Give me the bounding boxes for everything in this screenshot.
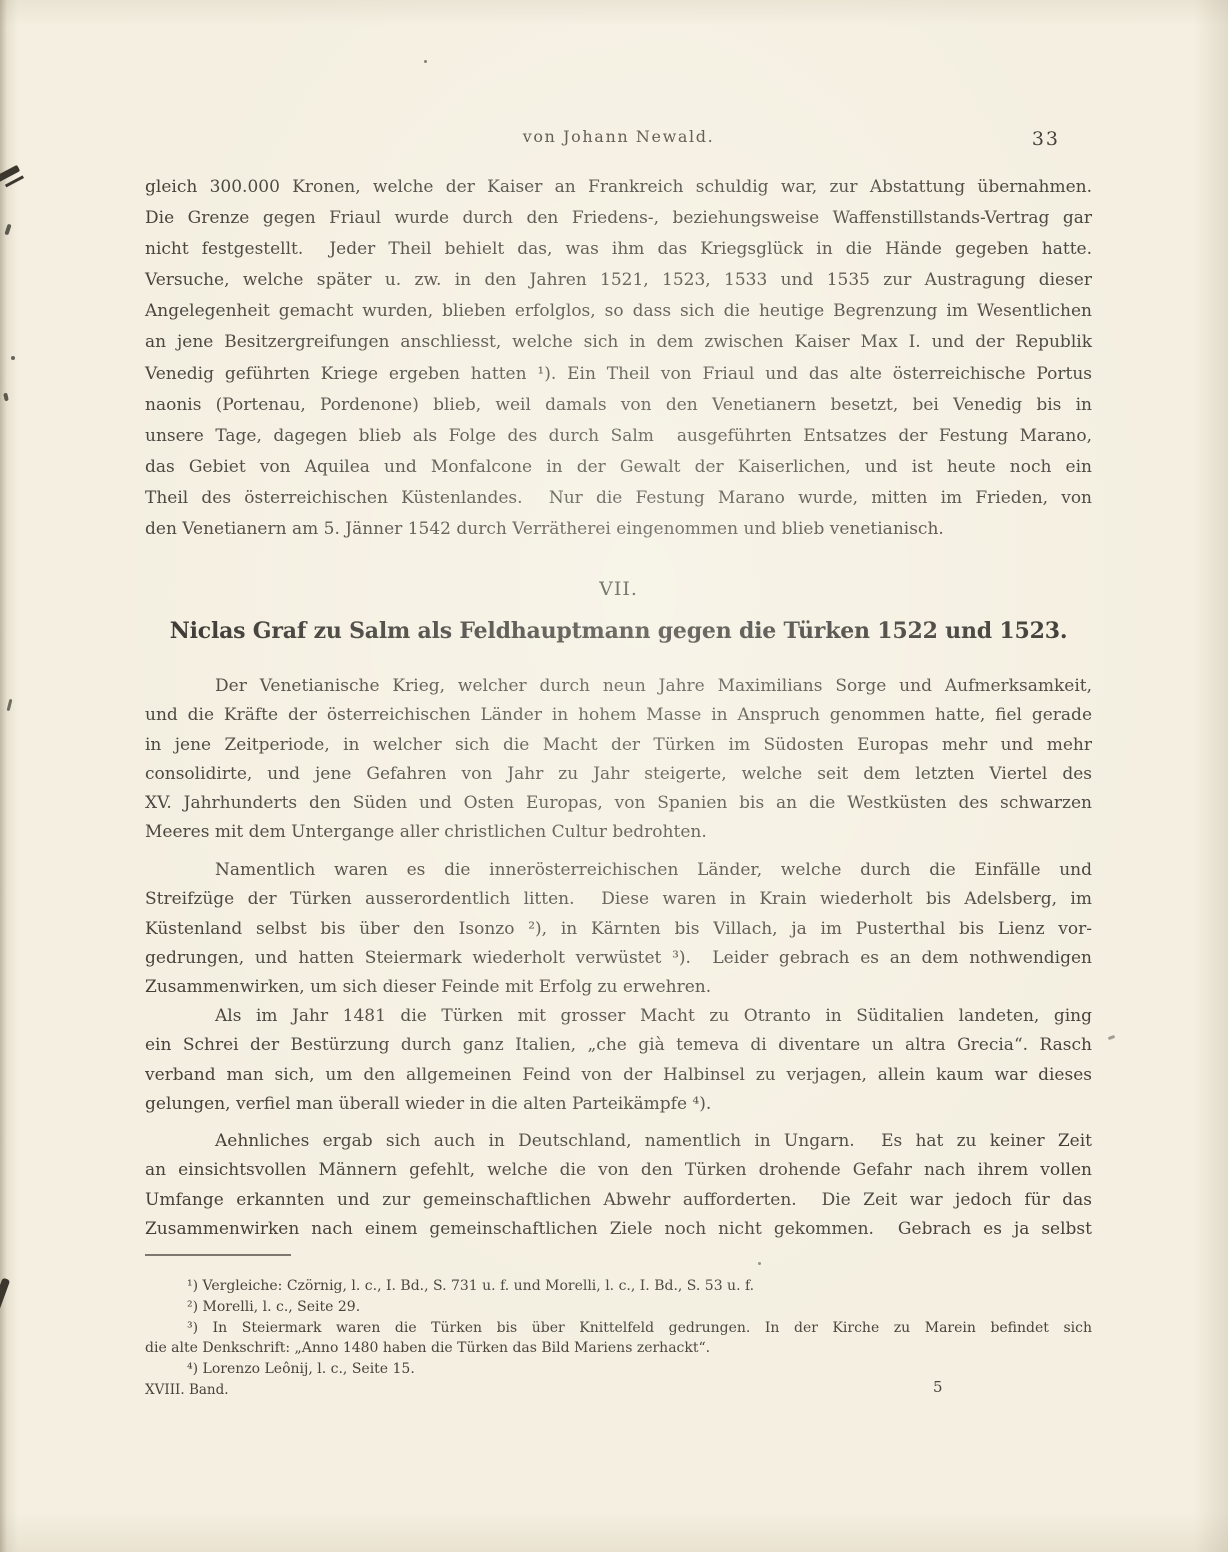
text-line: Als im Jahr 1481 die Türken mit grosser … [145,1002,1092,1031]
text-line: Versuche, welche später u. zw. in den Ja… [145,265,1092,296]
section-title: Niclas Graf zu Salm als Feldhauptmann ge… [145,618,1132,644]
text-line: unsere Tage, dagegen blieb als Folge des… [145,421,1092,452]
text-line: Theil des österreichischen Küstenlandes.… [145,483,1092,514]
text-line: Umfange erkannten und zur gemeinschaftli… [145,1186,1092,1215]
scanned-book-page: { "header": { "running_title": "von Joha… [0,0,1228,1552]
text-line: naonis (Portenau, Pordenone) blieb, weil… [145,390,1092,421]
ink-speck [758,1262,761,1265]
ink-mark [7,699,13,711]
ink-speck [1108,1035,1116,1040]
text-line: Meeres mit dem Untergange aller christli… [145,818,1092,847]
text-line: Namentlich waren es die innerösterreichi… [145,856,1092,885]
ink-speck [3,393,9,402]
paragraph-2: Der Venetianische Krieg, welcher durch n… [145,672,1092,848]
text-line: Der Venetianische Krieg, welcher durch n… [145,672,1092,701]
footnote-separator [145,1254,291,1256]
text-line: Die Grenze gegen Friaul wurde durch den … [145,203,1092,234]
text-line: an einsichtsvollen Männern gefehlt, welc… [145,1156,1092,1185]
footnotes: ¹) Vergleiche: Czörnig, l. c., I. Bd., S… [145,1276,1092,1380]
text-line: Angelegenheit gemacht wurden, blieben er… [145,296,1092,327]
ink-speck [424,60,427,63]
text-line: gleich 300.000 Kronen, welche der Kaiser… [145,172,1092,203]
volume-label: XVIII. Band. [145,1382,229,1398]
ink-mark [0,1278,10,1311]
footnote-line: ²) Morelli, l. c., Seite 29. [145,1297,1092,1318]
text-line: Küstenland selbst bis über den Isonzo ²)… [145,915,1092,944]
paragraph-5: Aehnliches ergab sich auch in Deutschlan… [145,1127,1092,1244]
page-header: von Johann Newald. 33 [145,127,1122,146]
text-line: gelungen, verfiel man überall wieder in … [145,1090,1092,1119]
text-line: in jene Zeitperiode, in welcher sich die… [145,731,1092,760]
page-number: 33 [1032,128,1060,150]
sheet-signature: 5 [933,1378,943,1396]
ink-mark [0,165,20,182]
footnote-line: ³) In Steiermark waren die Türken bis üb… [145,1318,1092,1339]
text-line: gedrungen, und hatten Steiermark wiederh… [145,944,1092,973]
text-line: Aehnliches ergab sich auch in Deutschlan… [145,1127,1092,1156]
text-line: Streifzüge der Türken ausserordentlich l… [145,885,1092,914]
text-line: nicht festgestellt. Jeder Theil behielt … [145,234,1092,265]
footnote-line: ⁴) Lorenzo Leônij, l. c., Seite 15. [145,1359,1092,1380]
text-line: an jene Besitzergreifungen anschliesst, … [145,327,1092,358]
text-line: Zusammenwirken, um sich dieser Feinde mi… [145,973,1092,1002]
paragraph-1: gleich 300.000 Kronen, welche der Kaiser… [145,172,1092,545]
text-line: den Venetianern am 5. Jänner 1542 durch … [145,514,1092,545]
text-line: Zusammenwirken nach einem gemeinschaftli… [145,1215,1092,1244]
running-title: von Johann Newald. [523,127,715,146]
text-line: das Gebiet von Aquilea und Monfalcone in… [145,452,1092,483]
footnote-line: ¹) Vergleiche: Czörnig, l. c., I. Bd., S… [145,1276,1092,1297]
text-line: Venedig geführten Kriege ergeben hatten … [145,359,1092,390]
text-line: verband man sich, um den allgemeinen Fei… [145,1061,1092,1090]
paragraph-3: Namentlich waren es die innerösterreichi… [145,856,1092,1002]
paragraph-4: Als im Jahr 1481 die Türken mit grosser … [145,1002,1092,1119]
footnote-line: die alte Denkschrift: „Anno 1480 haben d… [145,1338,1092,1359]
section-numeral: VII. [145,578,1132,600]
ink-mark [4,224,11,236]
text-line: XV. Jahrhunderts den Süden und Osten Eur… [145,789,1092,818]
text-line: ein Schrei der Bestürzung durch ganz Ita… [145,1031,1092,1060]
text-line: consolidirte, und jene Gefahren von Jahr… [145,760,1092,789]
ink-speck [11,356,15,360]
text-line: und die Kräfte der österreichischen Länd… [145,701,1092,730]
